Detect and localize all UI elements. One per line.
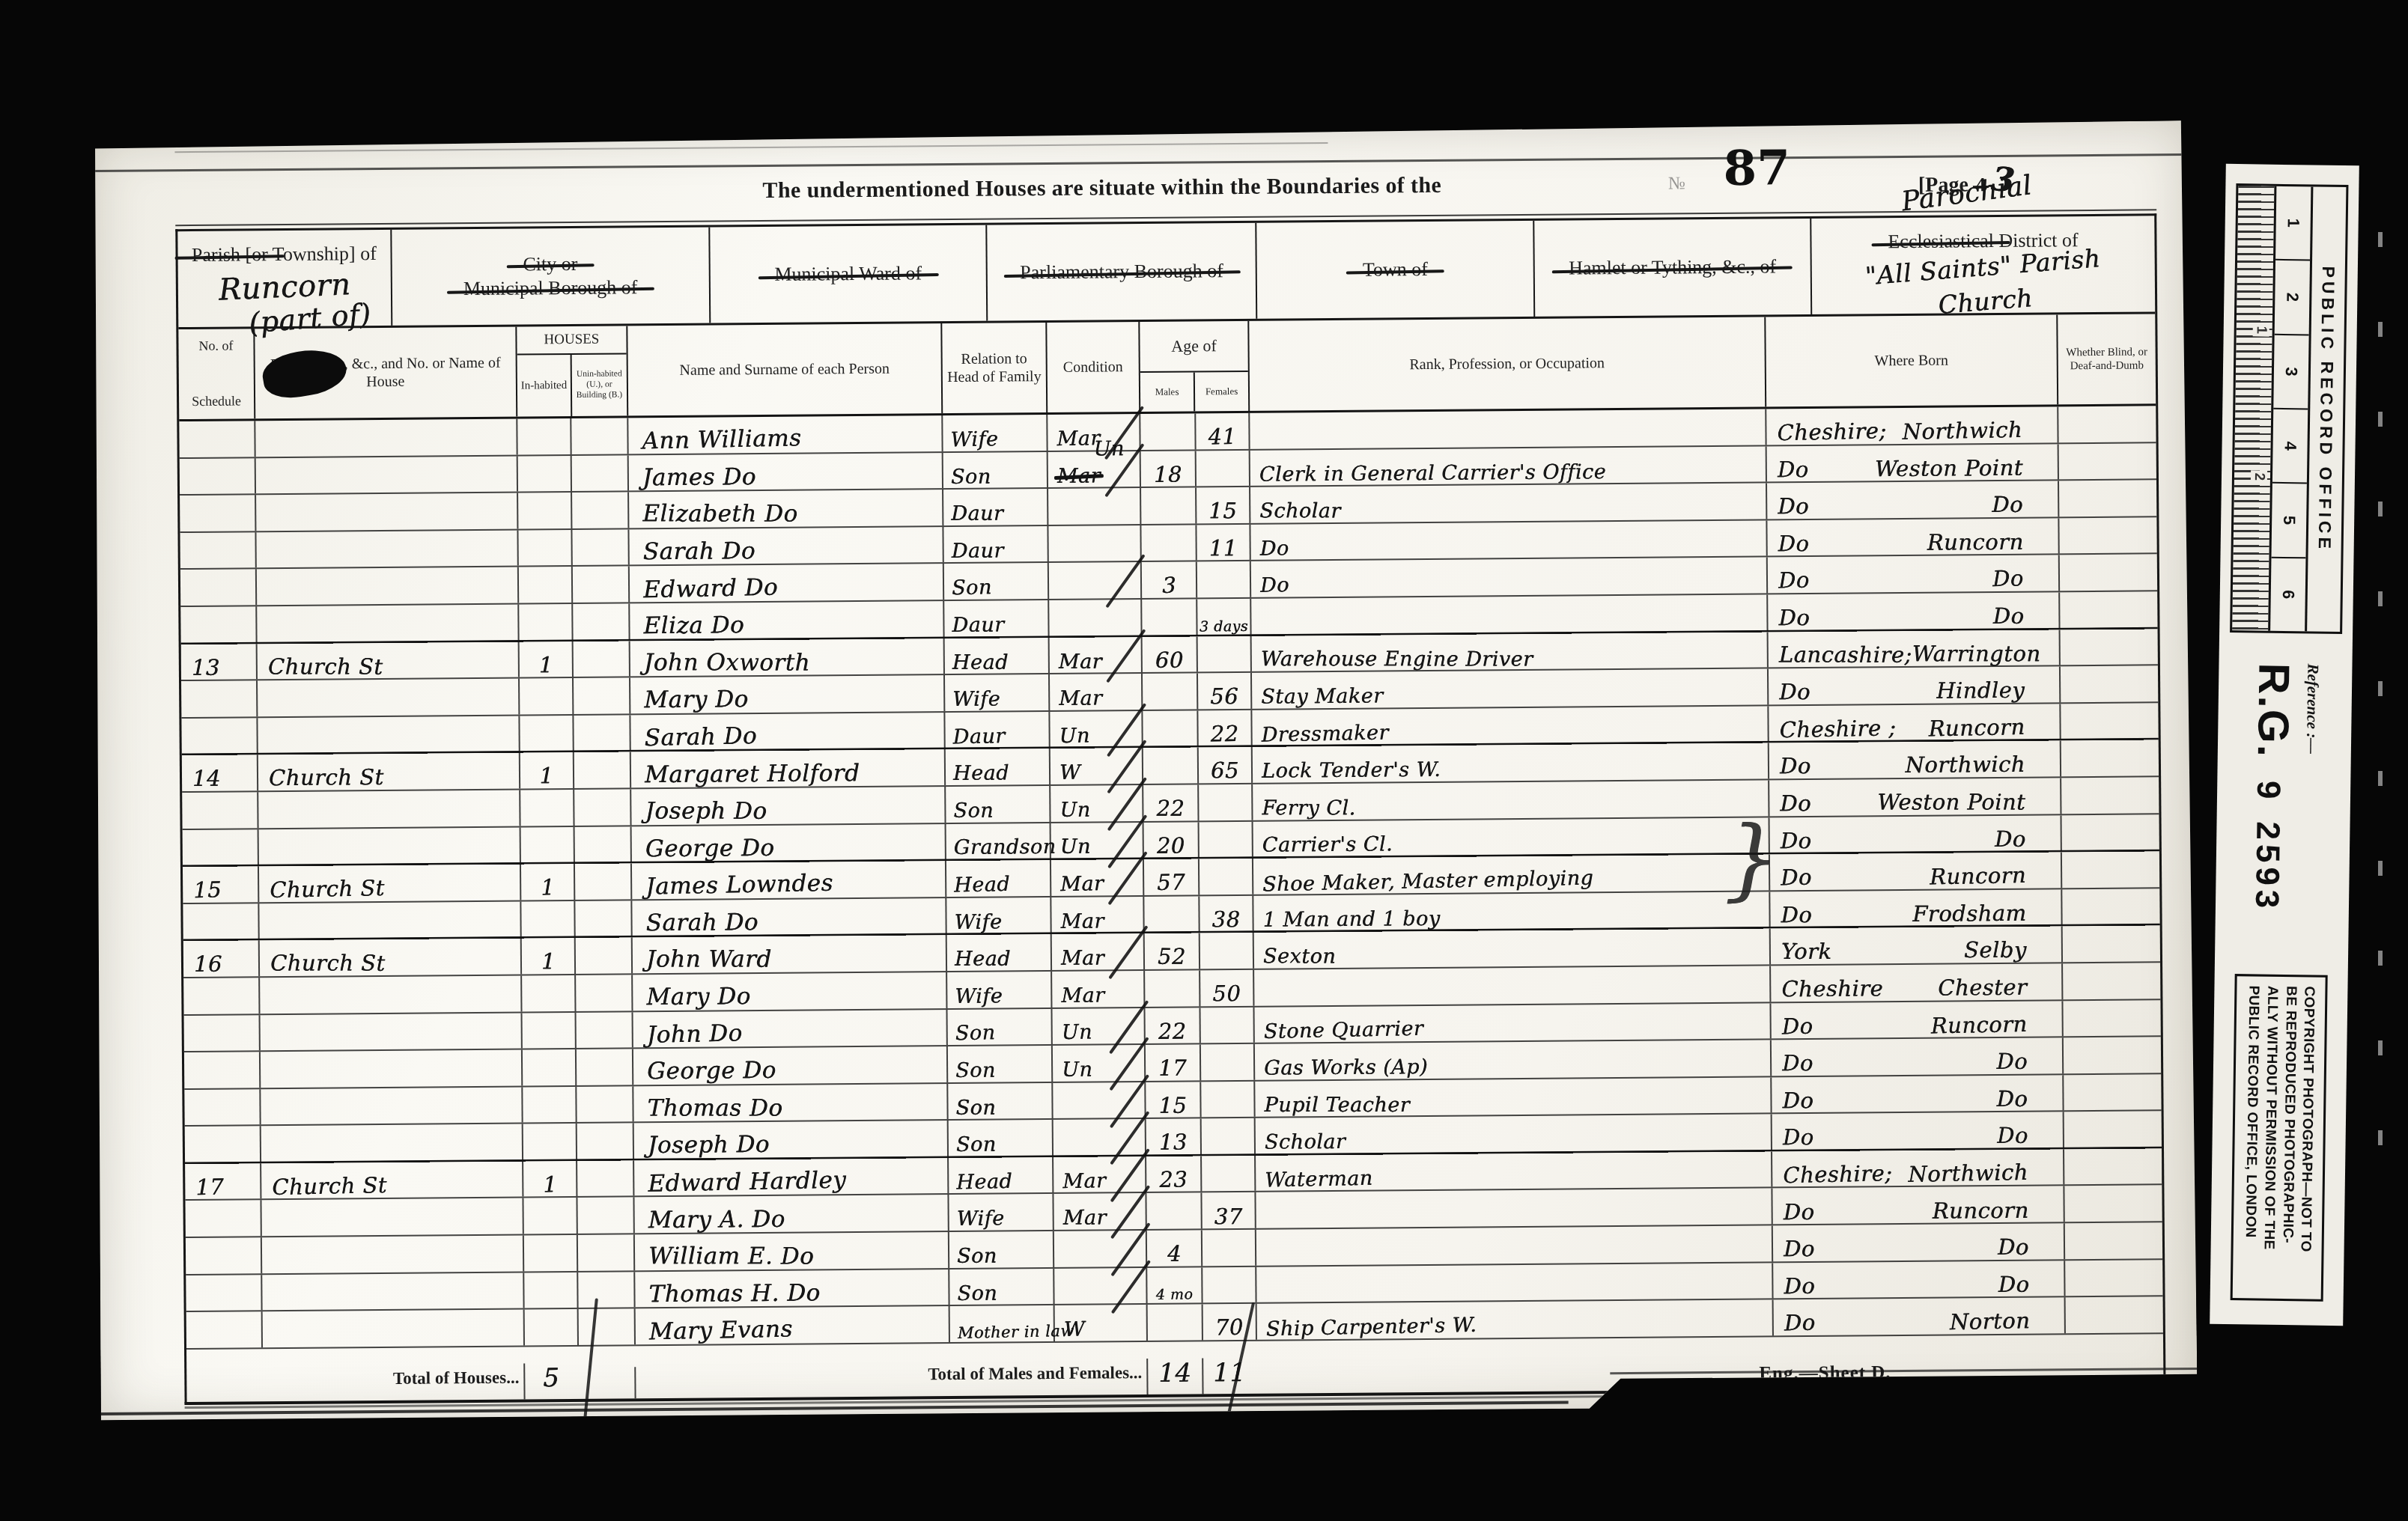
cell-name: Margaret Holford <box>630 749 944 787</box>
cell-blind <box>2058 517 2156 554</box>
age_f-text: 15 <box>1208 501 1237 523</box>
age_m-text: 15 <box>1159 1095 1188 1118</box>
relation-text: Head <box>954 875 1010 897</box>
born-county-text: Cheshire ; <box>1779 718 1896 743</box>
cell-condition: W <box>1053 1305 1146 1341</box>
scale-number: 6 <box>2270 556 2305 631</box>
cell-inhabited <box>521 1049 575 1085</box>
age_m-text: 4 <box>1167 1244 1182 1267</box>
edge-dash-marks <box>2378 232 2383 1190</box>
born-county-text: Do <box>1784 1239 1815 1261</box>
cell-born: DoHindley <box>1767 667 2059 705</box>
cell-uninhabited <box>572 641 629 677</box>
occupation-text: Stay Maker <box>1261 687 1383 709</box>
relation-text: Son <box>956 1098 997 1119</box>
total-males-value: 14 <box>1146 1358 1202 1394</box>
born-county-text: York <box>1781 942 1832 964</box>
cell-uninhabited <box>576 1160 633 1196</box>
inhabited-text: 1 <box>538 655 553 677</box>
cell-name: Edward Hardley <box>633 1158 947 1196</box>
born-county-text: Do <box>1778 496 1809 519</box>
relation-text: Son <box>955 1061 996 1082</box>
cell-inhabited: 1 <box>520 938 574 974</box>
born-county-text: Do <box>1780 756 1811 778</box>
boundary-town: Town of <box>1256 221 1533 319</box>
name-text: Eliza Do <box>643 615 744 638</box>
cell-born: DoDo <box>1771 1112 2063 1150</box>
schedule-text: 13 <box>192 657 220 680</box>
census-rows: Ann WilliamsWifeMar41Cheshire;NorthwichJ… <box>179 406 2163 1350</box>
occupation-text: Clerk in General Carrier's Office <box>1259 463 1606 486</box>
cell-schedule <box>186 1312 261 1348</box>
reference-series: R.G. <box>2248 662 2299 758</box>
cell-road <box>257 790 519 827</box>
cell-uninhabited <box>571 493 627 528</box>
cell-uninhabited <box>574 900 630 936</box>
cell-condition <box>1048 600 1140 636</box>
age_m-text: 22 <box>1156 799 1185 821</box>
cell-born: DoDo <box>1770 1075 2062 1113</box>
condition-text: Un <box>1060 838 1091 859</box>
cell-age_m: 13 <box>1145 1119 1200 1155</box>
cell-uninhabited <box>574 975 631 1011</box>
cell-name: George Do <box>630 824 945 862</box>
cell-occupation: Stone Quarrier <box>1253 1003 1769 1043</box>
cell-age_m: 15 <box>1144 1082 1200 1118</box>
cell-schedule <box>183 978 258 1014</box>
cell-inhabited <box>517 456 571 492</box>
cell-occupation: Pupil Teacher <box>1253 1077 1770 1117</box>
cell-schedule: 14 <box>182 755 257 791</box>
header-relation: Relation to Head of Family <box>940 323 1046 413</box>
cell-age_m: 23 <box>1145 1156 1200 1192</box>
cell-born: DoRuncorn <box>1766 518 2058 556</box>
born-county-text: Do <box>1782 1053 1813 1076</box>
cell-blind <box>2062 1037 2161 1073</box>
cell-road <box>258 827 520 865</box>
cell-uninhabited <box>575 1012 632 1048</box>
born-county-text: Do <box>1778 460 1809 482</box>
born-place-text: Norton <box>1949 1311 2030 1335</box>
cell-occupation <box>1255 1226 1772 1266</box>
cell-age_f: 65 <box>1197 747 1251 783</box>
condition-text: Un <box>1059 726 1090 747</box>
cell-schedule <box>180 570 255 606</box>
reference-class: 9 <box>2249 781 2287 799</box>
born-county-text: Cheshire; <box>1777 421 1887 445</box>
cell-age_m: 22 <box>1142 784 1197 820</box>
relation-text: Head <box>956 1172 1012 1194</box>
name-text: Thomas Do <box>648 1097 783 1121</box>
cell-relation: Wife <box>945 897 1050 934</box>
born-place-text: Runcorn <box>1930 865 2027 889</box>
cell-road: Church St <box>257 753 519 790</box>
relation-text: Daur <box>952 727 1006 749</box>
cell-inhabited <box>522 1198 576 1234</box>
born-place-text: Weston Point <box>1877 792 2025 814</box>
cell-schedule <box>184 1052 259 1088</box>
age_m-text: 18 <box>1154 464 1182 487</box>
age_f-text: 3 days <box>1200 619 1248 635</box>
cell-uninhabited <box>571 455 627 491</box>
age_f-text: 38 <box>1212 909 1241 932</box>
census-scan-page: The undermentioned Houses are situate wi… <box>0 0 2408 1521</box>
cell-schedule <box>185 1127 260 1162</box>
road-text: Church St <box>269 767 384 790</box>
boundary-borough: City or Municipal Borough of <box>390 228 709 326</box>
header-inhabited: In-habited <box>517 355 571 417</box>
cell-road: Church St <box>256 641 518 679</box>
cell-road <box>258 901 520 939</box>
relation-text: Head <box>955 950 1011 971</box>
name-text: Edward Do <box>643 576 779 603</box>
condition-text: Mar <box>1059 652 1102 673</box>
cell-age_f <box>1198 821 1252 857</box>
relation-text: Son <box>951 467 991 488</box>
relation-text: Head <box>953 764 1009 785</box>
cell-age_f: 41 <box>1194 413 1248 449</box>
cell-born: DoFrodsham <box>1769 889 2061 927</box>
cell-inhabited <box>516 418 570 454</box>
relation-text: Wife <box>952 690 1000 711</box>
ruler-number: 1 <box>2253 323 2269 336</box>
born-place-text: Selby <box>1964 940 2027 963</box>
total-persons-label: Total of Males and Females... <box>634 1363 1146 1398</box>
pro-scale-box: PUBLIC RECORD OFFICE 1 2 3 4 5 6 1 2 <box>2230 183 2348 634</box>
cell-relation: Daur <box>943 600 1048 637</box>
header-males: Males <box>1140 372 1194 412</box>
condition-text: Mar <box>1063 1209 1107 1230</box>
cell-age_f <box>1201 1267 1255 1303</box>
cell-relation: Son <box>948 1231 1053 1268</box>
cell-road <box>256 716 518 753</box>
cell-condition: Mar <box>1050 897 1143 933</box>
cell-age_f: 11 <box>1195 525 1249 561</box>
sheet-top-edge-faint <box>174 142 1328 153</box>
name-text: Joseph Do <box>648 1134 770 1159</box>
age_m-text: 60 <box>1155 650 1184 672</box>
header-where-born: Where Born <box>1764 314 2057 406</box>
total-houses-text: 5 <box>543 1363 560 1399</box>
born-place-text: Northwich <box>1905 755 2025 778</box>
struck-text: Hamlet or Tything, &c., of <box>1569 254 1776 281</box>
header-age: Age of <box>1140 321 1248 373</box>
cell-uninhabited <box>573 752 630 788</box>
name-text: Sarah Do <box>645 912 758 936</box>
condition-text: Mar <box>1057 466 1101 487</box>
name-text: William E. Do <box>648 1246 814 1269</box>
header-road: Road, Street, &c., and No. or Name of Ho… <box>253 327 516 419</box>
cell-uninhabited <box>574 826 630 862</box>
condition-text: Mar <box>1061 949 1104 970</box>
cell-blind <box>2061 851 2159 888</box>
cell-relation: Son <box>943 563 1048 600</box>
cell-inhabited: 1 <box>518 641 572 677</box>
cell-road <box>259 1013 521 1050</box>
scale-number: 4 <box>2272 408 2308 483</box>
cell-occupation <box>1253 966 1769 1005</box>
cell-age_m <box>1143 970 1199 1006</box>
born-county-text: Cheshire; <box>1783 1163 1893 1187</box>
age_f-text: 37 <box>1214 1207 1243 1229</box>
occupation-text: Waterman <box>1265 1169 1373 1192</box>
born-county-text: Cheshire <box>1781 978 1883 1002</box>
ruler-number: 2 <box>2251 470 2267 483</box>
cell-blind <box>2062 1074 2161 1111</box>
name-text: John Do <box>646 1022 743 1048</box>
cell-schedule <box>183 903 258 939</box>
age_f-text: 41 <box>1208 427 1236 449</box>
cell-blind <box>2063 1148 2162 1185</box>
struck-text: City or <box>523 252 577 276</box>
condition-text: Un <box>1059 801 1090 822</box>
age_m-text: 17 <box>1158 1058 1187 1081</box>
born-place-text: Chester <box>1938 978 2027 1000</box>
born-county-text: Do <box>1780 793 1811 816</box>
occupation-text: Lock Tender's W. <box>1262 760 1441 783</box>
road-text: Church St <box>270 954 386 976</box>
cell-age_m: 20 <box>1143 822 1198 858</box>
header-name: Name and Surname of each Person <box>626 323 941 415</box>
name-text: Ann Williams <box>642 427 802 454</box>
totals-spacer <box>2065 1386 2164 1387</box>
age_f-text: 56 <box>1210 686 1238 709</box>
born-county-text: Do <box>1778 608 1810 630</box>
cell-age_m: 4 <box>1146 1230 1201 1266</box>
born-place-text: Do <box>1996 1052 2028 1074</box>
born-county-text: Do <box>1778 534 1810 556</box>
cell-name: John Ward <box>631 935 946 973</box>
relation-text: Wife <box>955 987 1003 1008</box>
cell-age_m <box>1140 599 1196 635</box>
header-blind: Whether Blind, or Deaf-and-Dumb <box>2056 314 2156 404</box>
cell-road <box>261 1272 523 1310</box>
occupation-text: Dressmaker <box>1261 723 1389 746</box>
cell-schedule <box>184 1015 259 1051</box>
cell-relation: Head <box>945 860 1050 897</box>
boundary-ward: Municipal Ward of <box>708 225 986 323</box>
reference-value: R.G. 9 2593 <box>2245 662 2299 948</box>
header-schedule: No. of Schedule <box>178 329 254 419</box>
cell-age_f: 56 <box>1197 673 1250 709</box>
cell-age_f: 15 <box>1195 487 1249 523</box>
born-place-text: Do <box>1992 569 2024 591</box>
cell-name: Joseph Do <box>633 1121 947 1159</box>
condition-text: Mar <box>1060 912 1104 933</box>
cell-blind <box>2060 777 2159 814</box>
condition-text: Un <box>1061 1023 1092 1044</box>
occupation-text: Pupil Teacher <box>1265 1096 1411 1117</box>
cell-inhabited <box>517 530 571 566</box>
cell-age_m: 3 <box>1140 562 1196 598</box>
born-county-text: Do <box>1781 905 1812 927</box>
struck-text: Parliamentary Borough of <box>1020 259 1223 285</box>
cell-blind <box>2059 703 2158 740</box>
born-place-text: Do <box>1997 1126 2028 1148</box>
cell-relation: Wife <box>946 972 1051 1008</box>
folio-number-stamp: 87 <box>1723 140 1790 197</box>
schedule-text: 15 <box>193 880 222 903</box>
born-place-text: Warrington <box>1912 644 2041 666</box>
cell-blind <box>2058 481 2156 517</box>
reference-piece: 2593 <box>2248 821 2287 913</box>
born-county-text: Do <box>1779 682 1810 704</box>
cell-schedule: 13 <box>181 644 256 680</box>
pro-reference-box: Reference :— R.G. 9 2593 <box>2245 662 2322 948</box>
relation-text: Daur <box>951 505 1003 525</box>
born-county-text: Do <box>1781 831 1812 853</box>
cell-age_f <box>1197 784 1251 820</box>
cell-name: Mary Do <box>631 972 946 1011</box>
occupation-text: Stone Quarrier <box>1263 1019 1423 1043</box>
cell-age_f <box>1200 1082 1253 1118</box>
totals-spacer <box>1773 1387 2065 1389</box>
born-place-text: Do <box>1998 1274 2030 1296</box>
cell-condition <box>1047 488 1140 525</box>
pro-office-label: PUBLIC RECORD OFFICE <box>2305 186 2346 632</box>
cell-schedule <box>185 1201 260 1237</box>
cell-age_f <box>1200 1118 1254 1154</box>
cell-name: Sarah Do <box>627 527 942 565</box>
name-text: Margaret Holford <box>645 762 860 787</box>
cell-blind <box>2061 963 2160 999</box>
occupation-text: Do <box>1260 576 1289 597</box>
occupation-text: Carrier's Cl. <box>1262 835 1393 857</box>
cell-road <box>260 1198 522 1236</box>
cell-blind <box>2061 888 2159 925</box>
scale-number: 2 <box>2275 259 2310 334</box>
cell-schedule <box>181 718 256 754</box>
cell-born: DoDo <box>1766 481 2058 519</box>
number-stamp-mark: № <box>1668 174 1685 194</box>
cell-name: Thomas H. Do <box>633 1269 948 1308</box>
header-females: Females <box>1194 372 1248 412</box>
header-uninhabited: Unin-habited (U.), or Building (B.) <box>571 354 627 416</box>
born-county-text: Lancashire; <box>1779 644 1912 667</box>
cell-blind <box>2058 591 2157 628</box>
cell-age_f <box>1197 635 1250 671</box>
cell-relation: Head <box>946 934 1051 971</box>
cell-name: Ann Williams <box>627 415 941 454</box>
born-county-text: Do <box>1784 1313 1816 1335</box>
born-county-text: Do <box>1781 1016 1813 1038</box>
cell-inhabited: 1 <box>520 864 574 900</box>
pen-brace-mark: } <box>1724 822 1781 897</box>
cell-relation: Son <box>947 1120 1052 1156</box>
copyright-notice-box: COPYRIGHT PHOTOGRAPH—NOT TO BE REPRODUCE… <box>2230 974 2328 1302</box>
cell-schedule: 16 <box>183 941 258 977</box>
born-county-text: Do <box>1781 868 1812 890</box>
age_m-text: 52 <box>1158 947 1186 969</box>
occupation-text: Warehouse Engine Driver <box>1261 650 1533 671</box>
cell-road <box>261 1310 523 1347</box>
cell-schedule <box>186 1237 261 1273</box>
born-place-text: Do <box>1998 1237 2029 1260</box>
cell-born: DoWeston Point <box>1766 444 2058 482</box>
header-age-group: Age of Males Females <box>1138 321 1248 412</box>
born-place-text: Runcorn <box>1930 1014 2028 1038</box>
born-county-text: Do <box>1784 1276 1815 1299</box>
scale-number: 5 <box>2272 482 2307 557</box>
cell-occupation: Clerk in General Carrier's Office <box>1249 446 1766 486</box>
cell-uninhabited <box>574 938 631 974</box>
cell-age_m: 18 <box>1140 451 1195 487</box>
header-schedule-2: Schedule <box>192 394 241 410</box>
cell-relation: Daur <box>942 526 1047 563</box>
total-houses-label: Total of Houses... <box>186 1368 523 1402</box>
cell-born: Cheshire;Northwich <box>1765 406 2057 445</box>
cell-inhabited <box>521 1012 575 1048</box>
relation-text: Son <box>957 1247 997 1268</box>
kept-text: Township] of <box>273 243 377 265</box>
pro-reference-strip: PUBLIC RECORD OFFICE 1 2 3 4 5 6 1 2 Ref… <box>2210 164 2359 1326</box>
cell-relation: Wife <box>943 674 1048 711</box>
schedule-text: 14 <box>192 769 221 791</box>
cell-name: Mary Evans <box>634 1306 949 1344</box>
relation-text: Son <box>955 1024 995 1046</box>
enumeration-table: Parish [or Township] of Runcorn (part of… <box>175 213 2165 1405</box>
cell-age_f <box>1200 1044 1253 1080</box>
cell-occupation: Dressmaker <box>1250 706 1767 746</box>
struck-text: Town of <box>1363 257 1428 282</box>
cell-relation: Son <box>946 1046 1051 1082</box>
cell-born: DoDo <box>1766 592 2058 630</box>
ink-blot <box>260 344 350 403</box>
name-text: George Do <box>647 1060 776 1085</box>
pro-scale-numbers: 1 2 3 4 5 6 <box>2268 186 2311 632</box>
cell-uninhabited <box>571 529 627 565</box>
born-place-text: Northwich <box>1908 1162 2028 1187</box>
cell-age_m: 60 <box>1141 636 1197 672</box>
inhabited-text: 1 <box>541 952 555 975</box>
cell-age_f <box>1199 933 1253 969</box>
name-text: Mary Do <box>646 986 751 1011</box>
cell-occupation: Stay Maker <box>1250 669 1767 709</box>
cell-born: DoRuncorn <box>1769 853 2061 891</box>
name-text: James Lowndes <box>645 873 833 900</box>
relation-text: Wife <box>950 430 998 451</box>
cell-schedule <box>183 829 258 865</box>
cell-occupation: Ferry Cl. <box>1251 780 1768 820</box>
cell-road <box>254 419 516 457</box>
cell-name: John Oxworth <box>629 638 943 677</box>
cell-road: Church St <box>258 939 520 976</box>
cell-age_f <box>1198 859 1252 894</box>
header-blind-text: Whether Blind, or Deaf-and-Dumb <box>2061 345 2153 373</box>
cell-name: Sarah Do <box>629 713 943 751</box>
cell-age_m <box>1141 674 1197 710</box>
condition-text: Un <box>1062 1061 1092 1082</box>
cell-relation: Son <box>946 1008 1051 1045</box>
occupation-text: 1 Man and 1 boy <box>1262 909 1440 932</box>
road-text: Church St <box>270 878 385 903</box>
cell-born: YorkSelby <box>1769 927 2061 965</box>
cell-name: Joseph Do <box>630 787 944 825</box>
cell-inhabited <box>520 901 574 937</box>
sheet-footer: Eng.—Sheet D. <box>1759 1362 1891 1384</box>
cell-inhabited <box>517 493 571 528</box>
cell-age_m <box>1143 896 1198 932</box>
cell-road: Church St <box>258 865 520 902</box>
born-county-text: Do <box>1778 570 1810 593</box>
cell-name: Sarah Do <box>630 898 945 936</box>
boundary-parl-borough: Parliamentary Borough of <box>985 223 1256 321</box>
cell-age_f: 3 days <box>1196 599 1250 635</box>
cell-condition: Mar <box>1051 971 1143 1008</box>
cell-schedule <box>186 1275 261 1311</box>
cell-blind <box>2059 666 2158 703</box>
cell-name: James Do <box>627 453 942 491</box>
